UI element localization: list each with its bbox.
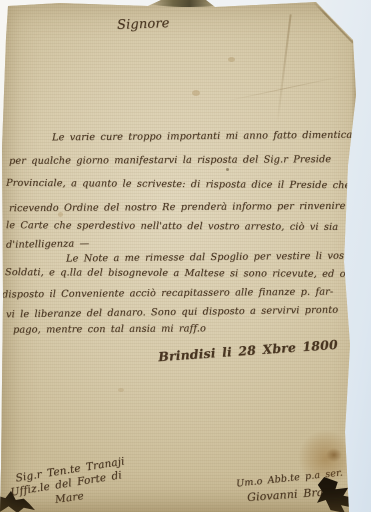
body-line: per qualche giorno manifestarvi la rispo… xyxy=(9,154,331,167)
address-line: Mare xyxy=(54,490,84,506)
brown-stain-core xyxy=(326,448,342,462)
body-line: disposto il Conveniente acciò recapitass… xyxy=(2,287,333,301)
body-line: Le Note a me rimesse dal Spoglio per ves… xyxy=(66,250,356,264)
body-line: Soldati, e q.lla del bisognevole a Malte… xyxy=(5,267,346,280)
body-line: Provinciale, a quanto le scriveste: di r… xyxy=(6,178,351,191)
corner-fold xyxy=(315,0,359,44)
diagonal-crease xyxy=(226,76,344,102)
foxing-spot xyxy=(118,388,124,392)
body-line: le Carte che sperdestivo nell'atto del v… xyxy=(6,220,338,233)
body-line: vi le liberanze del danaro. Sono qui dis… xyxy=(6,305,338,321)
body-line: d'intelligenza — xyxy=(6,238,90,250)
foxing-spot xyxy=(226,168,229,171)
fold-crease-line xyxy=(313,1,354,43)
foxing-spot xyxy=(192,90,200,96)
dateline: Brindisi li 28 Xbre 1800 xyxy=(158,337,339,365)
right-edge-shadow xyxy=(351,30,357,500)
foxing-spot xyxy=(228,57,235,62)
signature-line: Giovanni Bra… xyxy=(247,485,335,504)
body-line: Le varie cure troppo importanti mi anno … xyxy=(52,130,363,144)
torn-edge-mark xyxy=(150,0,222,7)
letter-paper: Signore Le varie cure troppo importanti … xyxy=(0,0,371,512)
body-line: pago, mentre con tal ansia mi raff.o xyxy=(13,323,206,335)
vertical-crease xyxy=(276,14,291,123)
body-line: ricevendo Ordine del nostro Re prenderà … xyxy=(9,201,346,214)
photo-backdrop: Signore Le varie cure troppo importanti … xyxy=(0,0,371,512)
salutation: Signore xyxy=(117,16,170,33)
